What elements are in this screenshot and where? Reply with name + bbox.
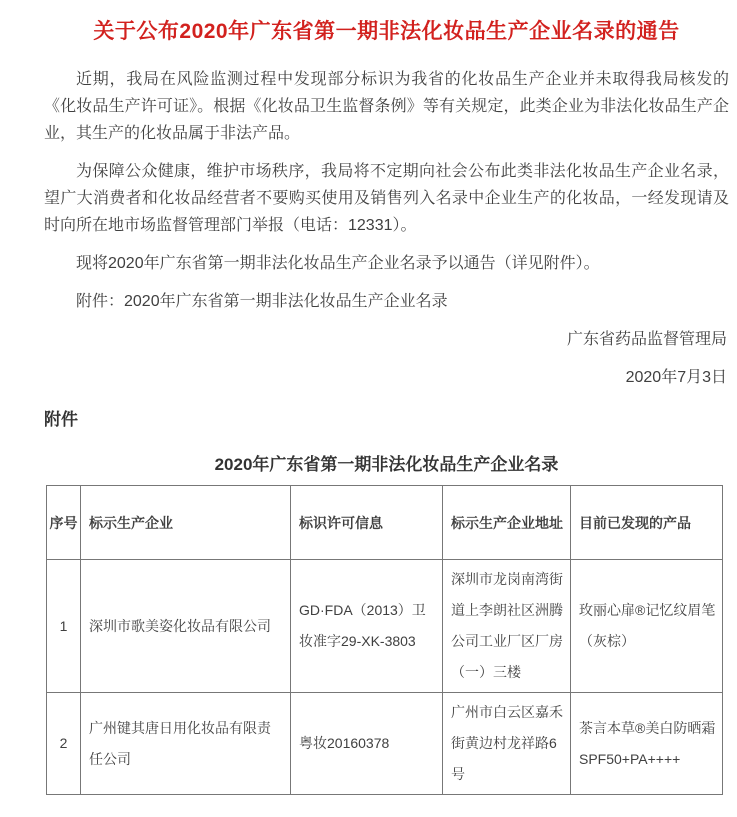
paragraph-risk-monitoring: 近期，我局在风险监测过程中发现部分标识为我省的化妆品生产企业并未取得我局核发的《… xyxy=(44,66,729,147)
cell-company: 广州键其唐日用化妆品有限责任公司 xyxy=(81,693,291,795)
cell-serial-no: 1 xyxy=(47,560,81,693)
cell-products: 茶言本草®美白防晒霜SPF50+PA++++ xyxy=(571,693,723,795)
table-header-row: 序号 标示生产企业 标识许可信息 标示生产企业地址 目前已发现的产品 xyxy=(47,486,723,560)
notice-page: 关于公布2020年广东省第一期非法化妆品生产企业名录的通告 近期，我局在风险监测… xyxy=(0,0,737,795)
cell-products: 玫丽心扉®记忆纹眉笔（灰棕） xyxy=(571,560,723,693)
paragraph-announcement: 现将2020年广东省第一期非法化妆品生产企业名录予以通告（详见附件）。 xyxy=(44,250,729,277)
col-header-manufacturer-address: 标示生产企业地址 xyxy=(443,486,571,560)
col-header-serial-no: 序号 xyxy=(47,486,81,560)
issue-date: 2020年7月3日 xyxy=(44,364,729,391)
table-row: 1 深圳市歌美姿化妆品有限公司 GD·FDA（2013）卫妆准字29-XK-38… xyxy=(47,560,723,693)
paragraph-attachment-ref: 附件：2020年广东省第一期非法化妆品生产企业名录 xyxy=(44,288,729,315)
cell-serial-no: 2 xyxy=(47,693,81,795)
col-header-discovered-products: 目前已发现的产品 xyxy=(571,486,723,560)
table-row: 2 广州键其唐日用化妆品有限责任公司 粤妆20160378 广州市白云区嘉禾街黄… xyxy=(47,693,723,795)
cell-license: GD·FDA（2013）卫妆准字29-XK-3803 xyxy=(291,560,443,693)
illegal-enterprises-table: 序号 标示生产企业 标识许可信息 标示生产企业地址 目前已发现的产品 1 深圳市… xyxy=(46,485,723,795)
table-title: 2020年广东省第一期非法化妆品生产企业名录 xyxy=(44,450,729,475)
col-header-license-info: 标识许可信息 xyxy=(291,486,443,560)
attachment-label: 附件 xyxy=(44,405,729,430)
col-header-labeled-manufacturer: 标示生产企业 xyxy=(81,486,291,560)
paragraph-public-warning: 为保障公众健康，维护市场秩序，我局将不定期向社会公布此类非法化妆品生产企业名录，… xyxy=(44,158,729,239)
cell-address: 广州市白云区嘉禾街黄边村龙祥路6号 xyxy=(443,693,571,795)
cell-license: 粤妆20160378 xyxy=(291,693,443,795)
cell-company: 深圳市歌美姿化妆品有限公司 xyxy=(81,560,291,693)
notice-title: 关于公布2020年广东省第一期非法化妆品生产企业名录的通告 xyxy=(44,18,729,46)
issuer-name: 广东省药品监督管理局 xyxy=(44,326,729,353)
cell-address: 深圳市龙岗南湾街道上李朗社区洲腾公司工业厂区厂房（一）三楼 xyxy=(443,560,571,693)
